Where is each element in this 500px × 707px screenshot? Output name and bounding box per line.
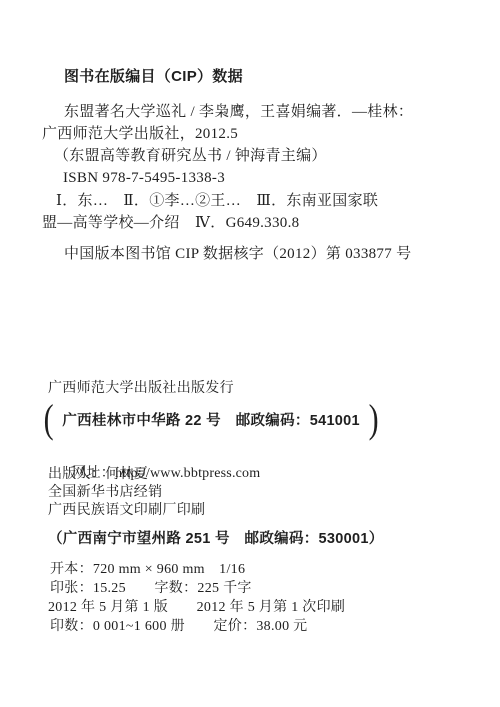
cip-subject-line-2: 盟—高等学校—介绍 Ⅳ．G649.330.8: [42, 214, 299, 232]
publisher-person-line: 出版人：何林夏: [48, 467, 148, 484]
cip-isbn-line: ISBN 978-7-5495-1338-3: [63, 169, 225, 187]
sheets-words-line: 印张：15.25 字数：225 千字: [50, 581, 252, 598]
printer-line: 广西民族语文印刷厂印刷: [48, 503, 205, 520]
left-paren-glyph: (: [44, 401, 54, 437]
format-line: 开本：720 mm × 960 mm 1/16: [50, 562, 245, 579]
right-paren-glyph: ): [369, 401, 379, 437]
cip-series-line: （东盟高等教育研究丛书 / 钟海青主编）: [54, 147, 327, 165]
publisher-line: 广西师范大学出版社出版发行: [48, 381, 234, 398]
book-copyright-page: 图书在版编目（CIP）数据 东盟著名大学巡礼 / 李枭鹰，王喜娟编著．—桂林： …: [0, 0, 500, 707]
publisher-address-line: ( 广西桂林市中华路 22 号 邮政编码：541001 ): [42, 401, 380, 437]
cip-record-number: 中国版本图书馆 CIP 数据核字（2012）第 033877 号: [64, 245, 411, 263]
cip-record-line-1: 东盟著名大学巡礼 / 李枭鹰，王喜娟编著．—桂林：: [64, 103, 413, 121]
edition-line: 2012 年 5 月第 1 版 2012 年 5 月第 1 次印刷: [48, 600, 345, 617]
printer-address-line: （广西南宁市望州路 251 号 邮政编码：530001）: [48, 531, 384, 548]
cip-record-line-2: 广西师范大学出版社，2012.5: [42, 125, 238, 143]
cip-subject-line-1: Ⅰ．东… Ⅱ．①李…②王… Ⅲ．东南亚国家联: [56, 192, 378, 210]
publisher-address-text: 广西桂林市中华路 22 号 邮政编码：541001: [62, 409, 360, 430]
cip-header: 图书在版编目（CIP）数据: [64, 68, 243, 86]
distributor-line: 全国新华书店经销: [48, 485, 162, 502]
copies-price-line: 印数：0 001~1 600 册 定价：38.00 元: [50, 619, 307, 636]
